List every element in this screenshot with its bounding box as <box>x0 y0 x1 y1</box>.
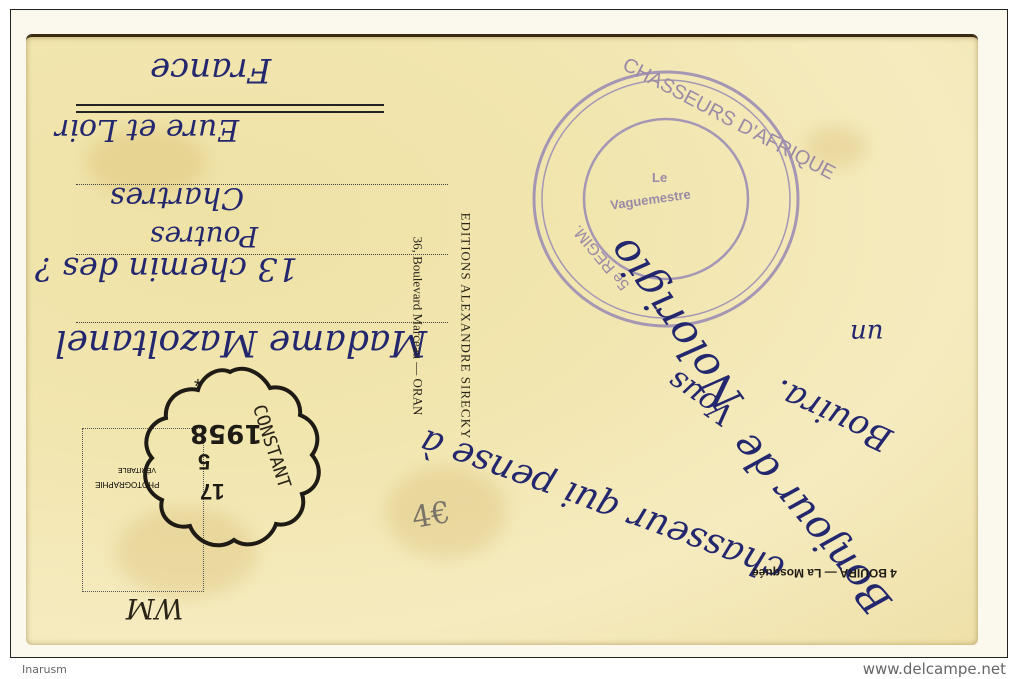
postmark-month: 5 <box>198 448 210 474</box>
message-line-un: un <box>850 318 884 348</box>
address-recipient: Madame Mazoltanel <box>55 322 427 363</box>
address-region: Eure et Loir <box>55 112 239 147</box>
watermark: www.delcampe.net <box>863 660 1006 678</box>
address-street: 13 chemin des ? <box>35 250 298 288</box>
publisher-name: EDITIONS ALEXANDRE SIRECKY <box>457 213 473 440</box>
publisher-address: 36, Boulevard Marceau — ORAN <box>409 237 425 416</box>
address-city: Chartres <box>110 180 244 215</box>
price-annotation: 4€ <box>409 495 453 536</box>
postmark-icon <box>130 360 330 560</box>
address-country: France <box>150 50 271 90</box>
postmark-star: * <box>194 376 202 399</box>
address-rule <box>76 104 384 106</box>
stamp-center-le: Le <box>652 170 667 185</box>
photo-credit: Inarusm <box>22 663 67 676</box>
address-locality: Poutres <box>150 220 258 253</box>
postmark-day: 17 <box>200 478 224 504</box>
initials-annotation: WM <box>126 592 183 625</box>
postcard-caption: 4 BOUIRA — La Mosquée <box>752 566 897 580</box>
